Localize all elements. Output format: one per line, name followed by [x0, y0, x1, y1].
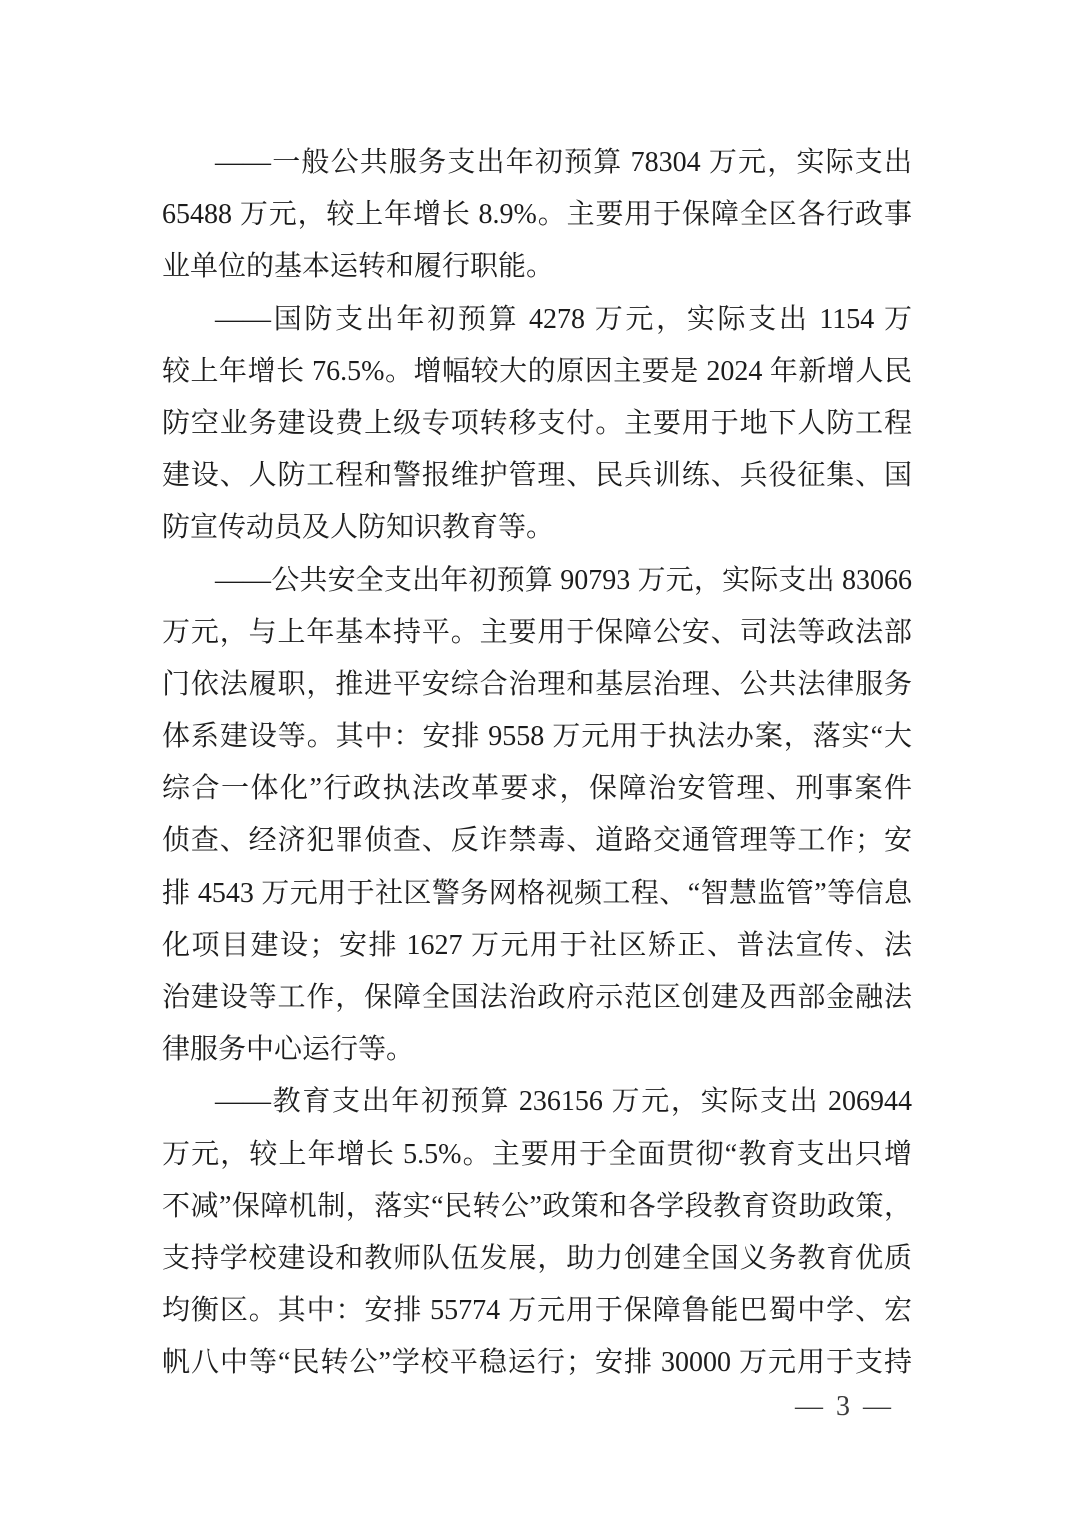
- text-line: 帆八中等“民转公”学校平稳运行；安排 30000 万元用于支持: [162, 1337, 912, 1389]
- text-line: 均衡区。其中：安排 55774 万元用于保障鲁能巴蜀中学、宏: [162, 1285, 912, 1337]
- text-line: 律服务中心运行等。: [162, 1024, 912, 1076]
- text-line: 业单位的基本运转和履行职能。: [162, 241, 912, 293]
- text-line: 侦查、经济犯罪侦查、反诈禁毒、道路交通管理等工作；安: [162, 815, 912, 867]
- text-line: 支持学校建设和教师队伍发展，助力创建全国义务教育优质: [162, 1233, 912, 1285]
- text-line: ——教育支出年初预算 236156 万元，实际支出 206944: [162, 1076, 912, 1128]
- document-body: ——一般公共服务支出年初预算 78304 万元，实际支出65488 万元，较上年…: [162, 137, 912, 1390]
- paragraph-education: ——教育支出年初预算 236156 万元，实际支出 206944万元，较上年增长…: [162, 1076, 912, 1389]
- text-line: 治建设等工作，保障全国法治政府示范区创建及西部金融法: [162, 972, 912, 1024]
- text-line: 较上年增长 76.5%。增幅较大的原因主要是 2024 年新增人民: [162, 346, 912, 398]
- page-number: — 3 —: [795, 1390, 894, 1424]
- text-line: ——公共安全支出年初预算 90793 万元，实际支出 83066: [162, 555, 912, 607]
- text-line: 不减”保障机制，落实“民转公”政策和各学段教育资助政策，: [162, 1181, 912, 1233]
- text-line: ——一般公共服务支出年初预算 78304 万元，实际支出: [162, 137, 912, 189]
- text-line: 65488 万元，较上年增长 8.9%。主要用于保障全区各行政事: [162, 189, 912, 241]
- text-line: 建设、人防工程和警报维护管理、民兵训练、兵役征集、国: [162, 450, 912, 502]
- paragraph-public-security: ——公共安全支出年初预算 90793 万元，实际支出 83066万元，与上年基本…: [162, 555, 912, 1077]
- text-line: 排 4543 万元用于社区警务网格视频工程、“智慧监管”等信息: [162, 868, 912, 920]
- text-line: 化项目建设；安排 1627 万元用于社区矫正、普法宣传、法: [162, 920, 912, 972]
- text-line: 体系建设等。其中：安排 9558 万元用于执法办案，落实“大: [162, 711, 912, 763]
- text-line: 万元，与上年基本持平。主要用于保障公安、司法等政法部: [162, 607, 912, 659]
- document-page: ——一般公共服务支出年初预算 78304 万元，实际支出65488 万元，较上年…: [0, 0, 1074, 1520]
- text-line: 防宣传动员及人防知识教育等。: [162, 502, 912, 554]
- text-line: ——国防支出年初预算 4278 万元，实际支出 1154 万元，: [162, 294, 912, 346]
- text-line: 综合一体化”行政执法改革要求，保障治安管理、刑事案件: [162, 763, 912, 815]
- text-line: 万元，较上年增长 5.5%。主要用于全面贯彻“教育支出只增: [162, 1129, 912, 1181]
- paragraph-national-defense: ——国防支出年初预算 4278 万元，实际支出 1154 万元，较上年增长 76…: [162, 294, 912, 555]
- text-line: 门依法履职，推进平安综合治理和基层治理、公共法律服务: [162, 659, 912, 711]
- text-line: 防空业务建设费上级专项转移支付。主要用于地下人防工程: [162, 398, 912, 450]
- paragraph-general-public-services: ——一般公共服务支出年初预算 78304 万元，实际支出65488 万元，较上年…: [162, 137, 912, 294]
